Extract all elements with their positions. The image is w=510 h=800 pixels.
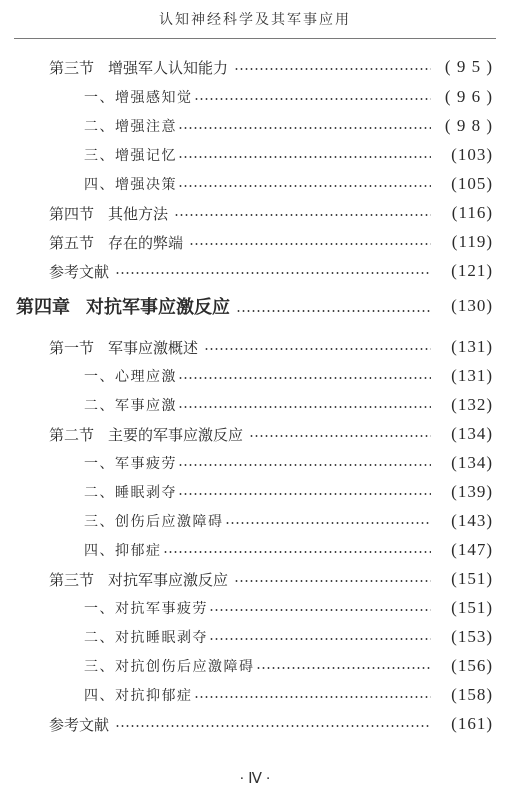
toc-entry-title: 一、增强感知觉 [84,90,193,106]
toc-entry-title: 三、对抗创伤后应激障碍 [84,659,255,675]
page-number: (151) [435,598,493,618]
dot-leader [178,364,431,388]
dot-leader [174,201,431,225]
page-number: ( 9 6 ) [435,87,493,107]
toc-entry-title: 三、创伤后应激障碍 [84,514,224,530]
dot-leader [115,259,431,283]
toc-entry-item[interactable]: 四、抑郁症(147) [0,538,510,562]
section-number: 第四节 [49,205,94,223]
section-number: 第二节 [49,426,94,444]
dot-leader [249,422,431,446]
dot-leader [234,567,431,591]
toc-entry-title: 二、军事应激 [84,398,177,414]
page-number: (131) [435,366,493,386]
page-number: (134) [435,424,493,444]
toc-entry-label: 三、创伤后应激障碍 [84,511,224,531]
toc-entry-title: 参考文献 [49,263,109,281]
toc-entry-title: 一、军事疲劳 [84,456,177,472]
toc-entry-section[interactable]: 第一节军事应激概述(131) [0,335,510,359]
page-folio: · Ⅳ · [0,769,510,788]
section-number: 第三节 [49,571,94,589]
toc-entry-title: 三、增强记忆 [84,148,177,164]
toc-entry-label: 二、对抗睡眠剥夺 [84,627,208,647]
dot-leader [209,625,431,649]
dot-leader [178,172,431,196]
toc-entry-title: 二、对抗睡眠剥夺 [84,630,208,646]
toc-entry-title: 四、抑郁症 [84,543,162,559]
section-number: 第五节 [49,234,94,252]
dot-leader [178,114,431,138]
toc-entry-title: 四、增强决策 [84,177,177,193]
dot-leader [194,683,432,707]
toc-entry-item[interactable]: 三、增强记忆(103) [0,143,510,167]
toc-entry-label: 第三节对抗军事应激反应 [49,569,228,590]
toc-entry-title: 增强军人认知能力 [108,59,228,77]
toc-entry-label: 一、对抗军事疲劳 [84,598,208,618]
toc-entry-label: 三、增强记忆 [84,145,177,165]
dot-leader [225,509,432,533]
toc-entry-title: 二、睡眠剥夺 [84,485,177,501]
section-number: 第一节 [49,339,94,357]
toc-entry-label: 四、抑郁症 [84,540,162,560]
toc-entry-label: 二、睡眠剥夺 [84,482,177,502]
page-number: (143) [435,511,493,531]
dot-leader [204,335,431,359]
toc-entry-title: 存在的弊端 [108,234,183,252]
toc-entry-section[interactable]: 第三节对抗军事应激反应(151) [0,567,510,591]
toc-entry-label: 一、军事疲劳 [84,453,177,473]
dot-leader [178,451,431,475]
page-number: ( 9 8 ) [435,116,493,136]
dot-leader [234,55,431,79]
dot-leader [163,538,432,562]
page-number: (151) [435,569,493,589]
chapter-number: 第四章 [16,297,70,318]
toc-entry-label: 二、军事应激 [84,395,177,415]
toc-entry-section[interactable]: 参考文献(161) [0,712,510,736]
page-number: (130) [435,296,493,316]
page-number: (131) [435,337,493,357]
toc-entry-label: 四、对抗抑郁症 [84,685,193,705]
dot-leader [236,294,431,318]
dot-leader [178,393,431,417]
toc-entry-item[interactable]: 二、增强注意( 9 8 ) [0,114,510,138]
page-number: (116) [435,203,493,223]
dot-leader [189,230,431,254]
page-number: (119) [435,232,493,252]
toc-entry-item[interactable]: 一、军事疲劳(134) [0,451,510,475]
toc-entry-item[interactable]: 二、睡眠剥夺(139) [0,480,510,504]
toc-entry-label: 一、心理应激 [84,366,177,386]
dot-leader [194,85,432,109]
dot-leader [178,480,431,504]
toc-entry-title: 军事应激概述 [108,339,198,357]
toc-entry-label: 第一节军事应激概述 [49,337,198,358]
dot-leader [256,654,432,678]
toc-entry-item[interactable]: 一、心理应激(131) [0,364,510,388]
toc-entry-item[interactable]: 三、对抗创伤后应激障碍(156) [0,654,510,678]
toc-entry-label: 四、增强决策 [84,174,177,194]
dot-leader [178,143,431,167]
toc-entry-label: 第五节存在的弊端 [49,232,183,253]
toc-entry-title: 一、对抗军事疲劳 [84,601,208,617]
toc-entry-item[interactable]: 四、增强决策(105) [0,172,510,196]
page-number: (158) [435,685,493,705]
page-number: (147) [435,540,493,560]
page-number: (156) [435,656,493,676]
toc-entry-chapter[interactable]: 第四章对抗军事应激反应(130) [0,291,510,321]
page-number: (121) [435,261,493,281]
section-number: 第三节 [49,59,94,77]
page-number: (105) [435,174,493,194]
toc-entry-label: 第四章对抗军事应激反应 [16,293,230,319]
toc-entry-label: 三、对抗创伤后应激障碍 [84,656,255,676]
page-number: (161) [435,714,493,734]
toc-entry-item[interactable]: 一、对抗军事疲劳(151) [0,596,510,620]
running-head-title: 认知神经科学及其军事应用 [0,9,510,29]
page-number: (139) [435,482,493,502]
toc-entry-item[interactable]: 二、军事应激(132) [0,393,510,417]
toc-entry-title: 对抗军事应激反应 [108,571,228,589]
toc-entry-item[interactable]: 二、对抗睡眠剥夺(153) [0,625,510,649]
page-number: (132) [435,395,493,415]
page-number: (134) [435,453,493,473]
dot-leader [209,596,431,620]
toc-entry-label: 二、增强注意 [84,116,177,136]
page-number: (103) [435,145,493,165]
toc-entry-label: 一、增强感知觉 [84,87,193,107]
toc-entry-section[interactable]: 第三节增强军人认知能力( 9 5 ) [0,55,510,79]
page-number: (153) [435,627,493,647]
toc-entry-item[interactable]: 四、对抗抑郁症(158) [0,683,510,707]
toc-entry-label: 参考文献 [49,261,109,282]
toc-entry-item[interactable]: 三、创伤后应激障碍(143) [0,509,510,533]
toc-entry-section[interactable]: 参考文献(121) [0,259,510,283]
page-number: ( 9 5 ) [435,57,493,77]
dot-leader [115,712,431,736]
toc-entry-title: 二、增强注意 [84,119,177,135]
toc-entry-section[interactable]: 第二节主要的军事应激反应(134) [0,422,510,446]
toc-entry-label: 参考文献 [49,714,109,735]
toc-entry-label: 第三节增强军人认知能力 [49,57,228,78]
toc-entry-title: 对抗军事应激反应 [86,297,230,318]
toc-entry-title: 其他方法 [108,205,168,223]
toc-entry-title: 一、心理应激 [84,369,177,385]
toc-entry-title: 主要的军事应激反应 [108,426,243,444]
header-rule [14,38,496,39]
toc-entry-label: 第二节主要的军事应激反应 [49,424,243,445]
toc-entry-label: 第四节其他方法 [49,203,168,224]
toc-entry-section[interactable]: 第四节其他方法(116) [0,201,510,225]
toc-entry-item[interactable]: 一、增强感知觉( 9 6 ) [0,85,510,109]
toc-entry-title: 参考文献 [49,716,109,734]
toc-entry-section[interactable]: 第五节存在的弊端(119) [0,230,510,254]
toc-entry-title: 四、对抗抑郁症 [84,688,193,704]
